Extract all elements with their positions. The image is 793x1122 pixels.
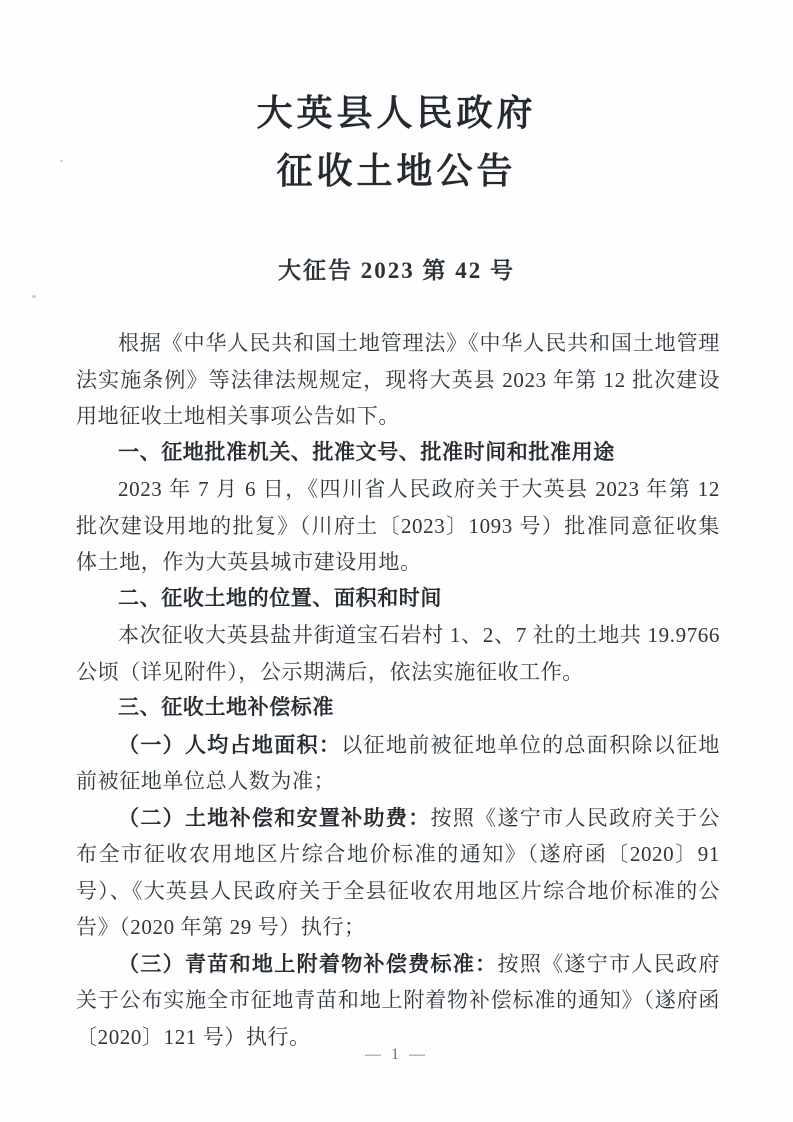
document-title-line2: 征收土地公告 (0, 142, 793, 200)
compensation-item-3-label: （三）青苗和地上附着物补偿费标准： (118, 952, 498, 976)
compensation-item-2: （二）土地补偿和安置补助费：按照《遂宁市人民政府关于公布全市征收农用地区片综合地… (76, 800, 720, 946)
section-3-heading: 三、征收土地补偿标准 (76, 690, 720, 727)
intro-paragraph: 根据《中华人民共和国土地管理法》《中华人民共和国土地管理法实施条例》等法律法规规… (76, 325, 720, 435)
section-2-paragraph: 本次征收大英县盐井街道宝石岩村 1、2、7 社的土地共 19.9766 公顷（详… (76, 617, 720, 690)
compensation-item-3: （三）青苗和地上附着物补偿费标准：按照《遂宁市人民政府关于公布实施全市征地青苗和… (76, 946, 720, 1056)
document-page: 大英县人民政府 征收土地公告 大征告 2023 第 42 号 根据《中华人民共和… (0, 0, 793, 1122)
scan-speck (60, 160, 63, 162)
section-1-paragraph: 2023 年 7 月 6 日，《四川省人民政府关于大英县 2023 年第 12 … (76, 471, 720, 581)
page-number: — 1 — (0, 1046, 793, 1064)
document-title-line1: 大英县人民政府 (0, 0, 793, 142)
document-number: 大征告 2023 第 42 号 (0, 252, 793, 285)
document-body: 根据《中华人民共和国土地管理法》《中华人民共和国土地管理法实施条例》等法律法规规… (76, 325, 720, 1055)
compensation-item-1: （一）人均占地面积：以征地前被征地单位的总面积除以征地前被征地单位总人数为准； (76, 727, 720, 800)
compensation-item-2-label: （二）土地补偿和安置补助费： (118, 806, 431, 830)
section-2-heading: 二、征收土地的位置、面积和时间 (76, 581, 720, 618)
compensation-item-1-label: （一）人均占地面积： (118, 733, 341, 757)
scan-speck (32, 295, 36, 298)
section-1-heading: 一、征地批准机关、批准文号、批准时间和批准用途 (76, 435, 720, 472)
